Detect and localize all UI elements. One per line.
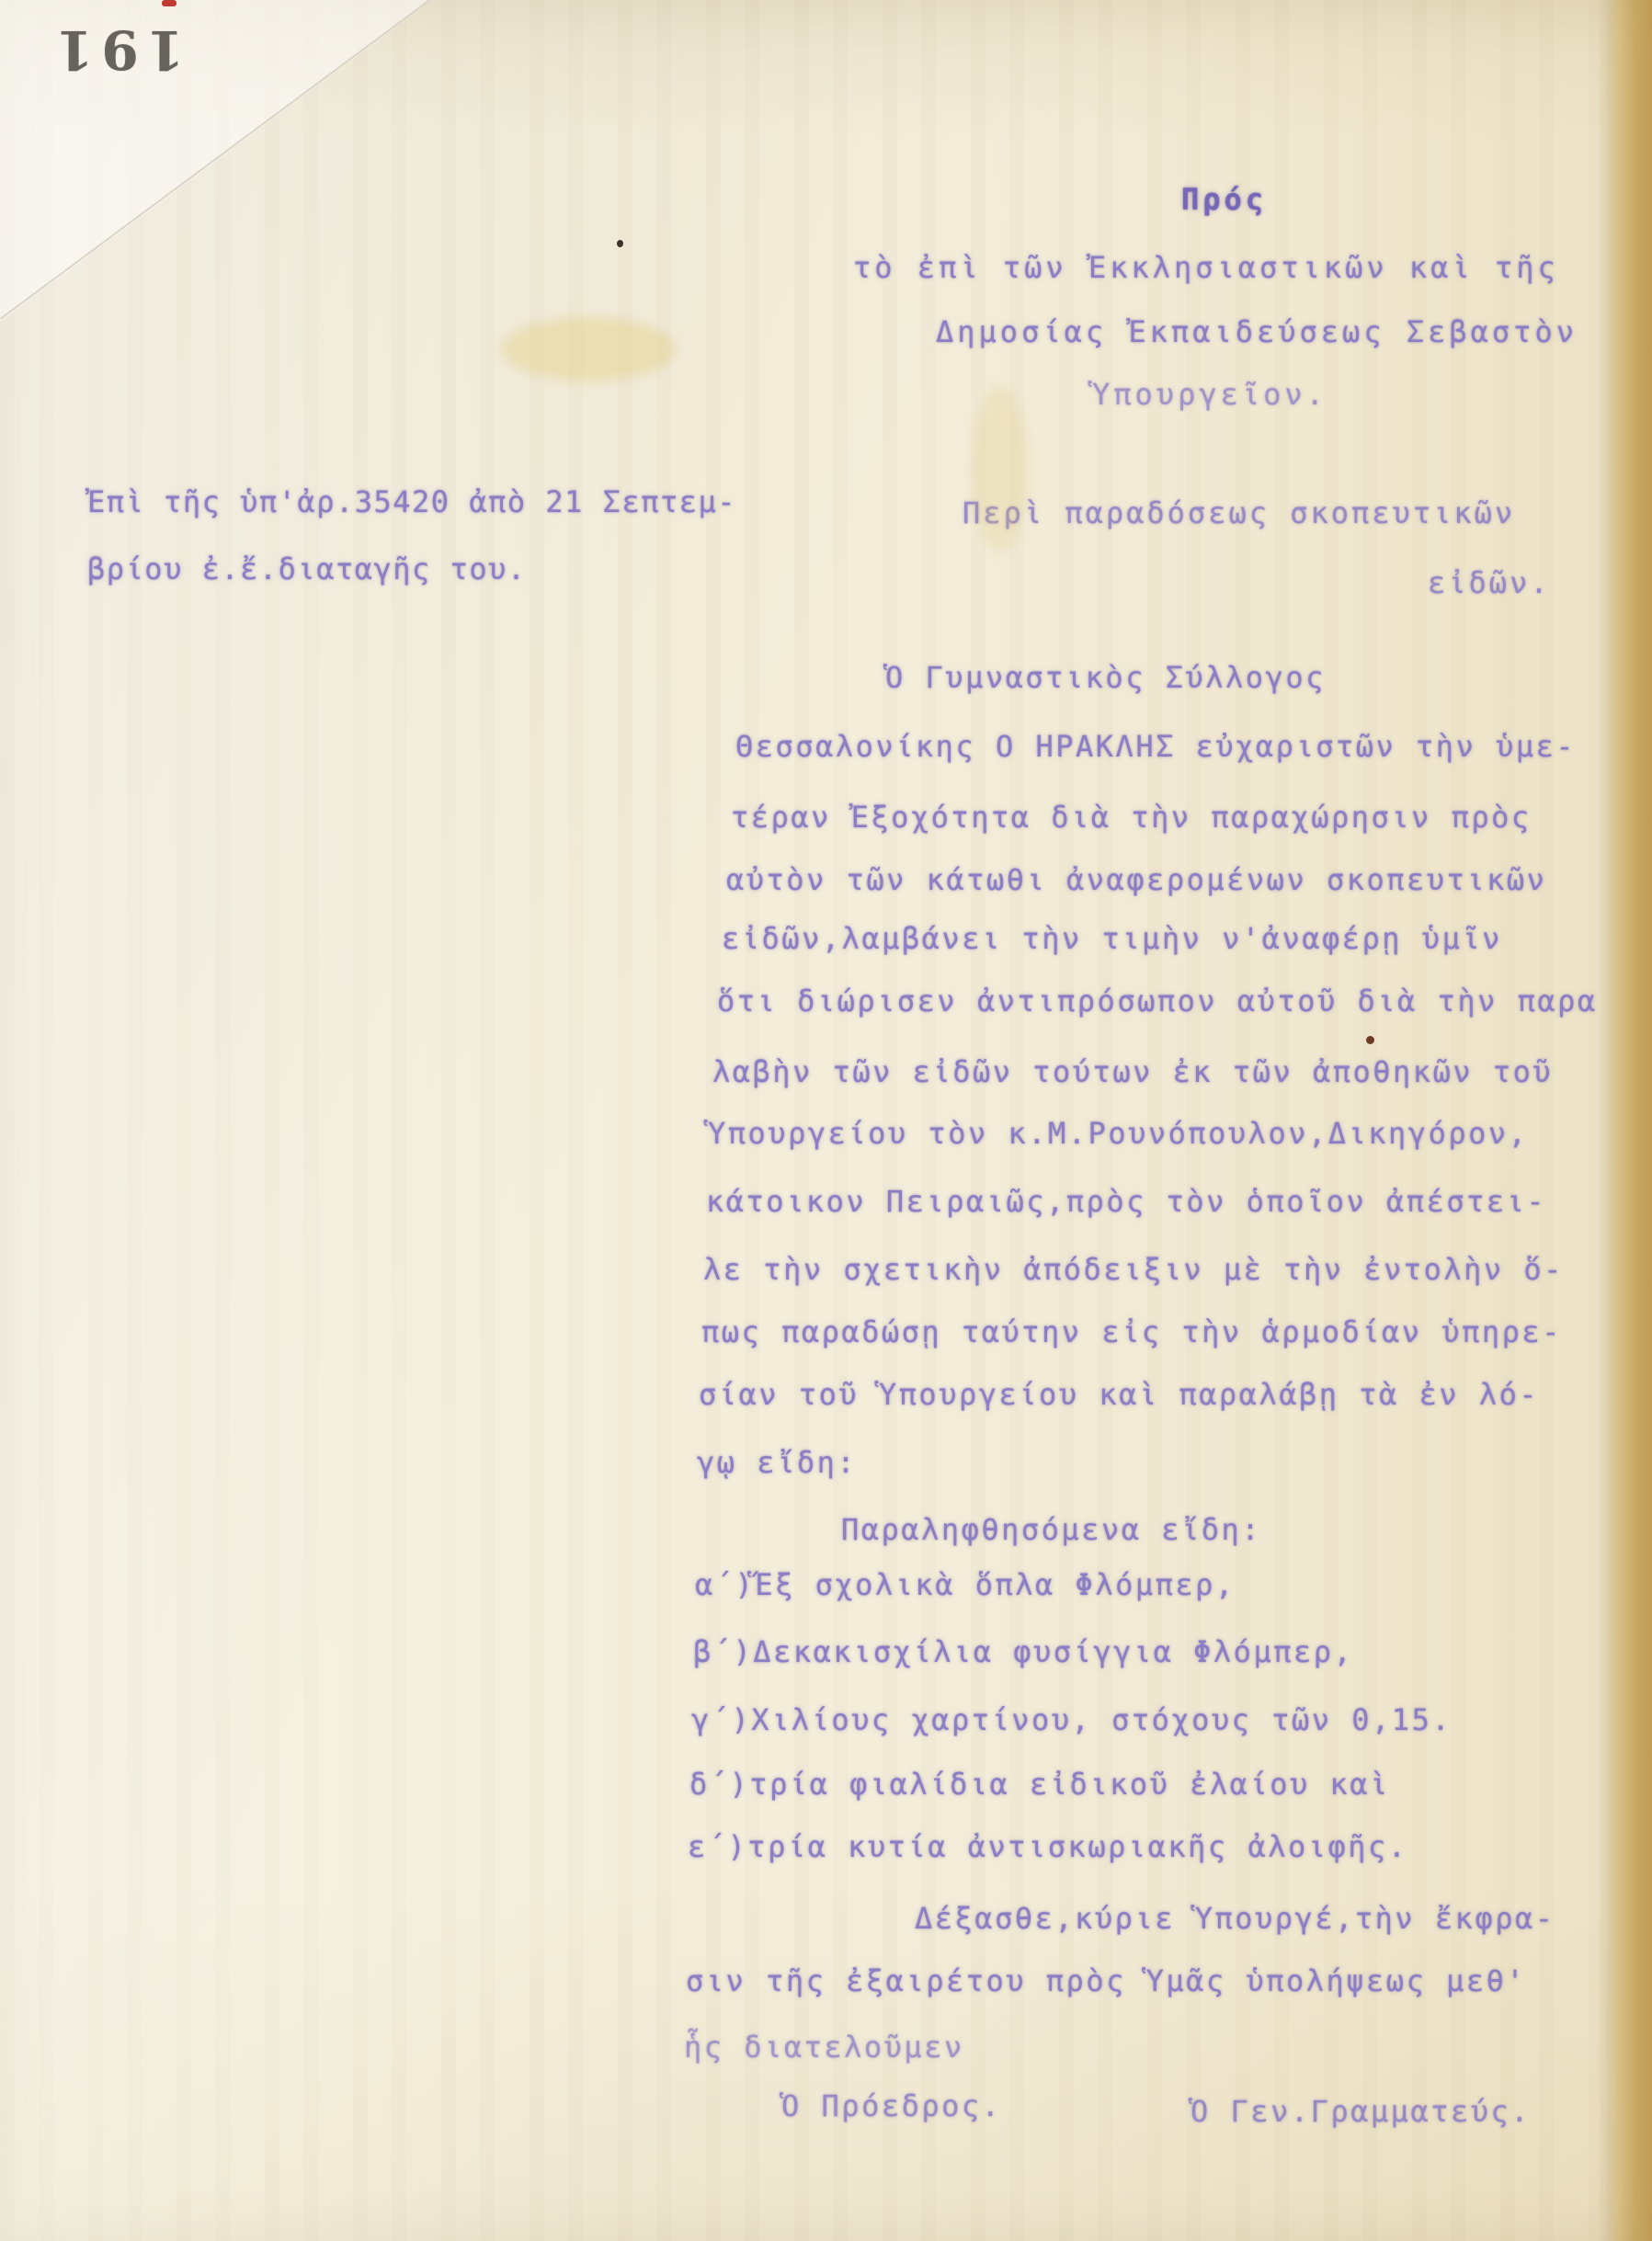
list-item: α΄)Ἕξ σχολικὰ ὅπλα Φλόμπερ, [695,1567,1236,1602]
list-item: β΄)Δεκακισχίλια φυσίγγια Φλόμπερ, [693,1634,1353,1669]
body-line: εἰδῶν,λαμβάνει τὴν τιμὴν ν'ἀναφέρῃ ὑμῖν [722,921,1502,956]
recipient-line-1: τὸ ἐπὶ τῶν Ἐκκλησιαστικῶν καὶ τῆς [853,250,1559,285]
scanned-letter-page: 191 Πρός τὸ ἐπὶ τῶν Ἐκκλησιαστικῶν καὶ τ… [0,0,1652,2241]
reference-line-2: βρίου ἐ.ἔ.διαταγῆς του. [87,552,527,586]
body-line: τέραν Ἐξοχότητα διὰ τὴν παραχώρησιν πρὸς [731,800,1532,835]
subject-line-1: Περὶ παραδόσεως σκοπευτικῶν [963,495,1515,530]
body-line: κάτοικον Πειραιῶς,πρὸς τὸν ὁποῖον ἀπέστε… [706,1184,1546,1219]
body-line: Ὁ Γυμναστικὸς Σύλλογος [885,660,1326,695]
body-line: πως παραδώσῃ ταύτην εἰς τὴν ἁρμοδίαν ὑπη… [701,1314,1562,1349]
paper-light-overlay [0,0,699,2241]
body-line: σίαν τοῦ Ὑπουργείου καὶ παραλάβῃ τὰ ἐν λ… [699,1377,1539,1412]
paper-speck [617,240,623,247]
list-item: ε΄)τρία κυτία ἀντισκωριακῆς ἀλοιφῆς. [688,1829,1408,1864]
list-heading: Παραληφθησόμενα εἴδη: [841,1512,1261,1547]
body-line: αὐτὸν τῶν κάτωθι ἀναφερομένων σκοπευτικῶ… [726,862,1546,897]
signature-secretary: Ὁ Γεν.Γραμματεύς. [1191,2094,1531,2129]
page-number-stamp: 191 [48,18,184,81]
body-line: γῳ εἴδη: [697,1445,857,1480]
body-line: Ὑπουργείου τὸν κ.Μ.Ρουνόπουλον,Δικηγόρον… [708,1116,1528,1151]
signature-president: Ὁ Πρόεδρος. [781,2088,1001,2123]
red-edge-mark [162,0,177,6]
yellow-stain [501,317,676,381]
reference-line-1: Ἐπὶ τῆς ὑπ'ἀρ.35420 ἀπὸ 21 Σεπτεμ- [87,484,736,519]
closing-line: ἧς διατελοῦμεν [684,2030,964,2065]
body-line: ὅτι διώρισεν ἀντιπρόσωπον αὐτοῦ διὰ τὴν … [717,984,1598,1018]
recipient-line-2: Δημοσίας Ἐκπαιδεύσεως Σεβαστὸν [936,314,1578,349]
list-item: γ΄)Χιλίους χαρτίνου, στόχους τῶν 0,15. [691,1702,1452,1737]
closing-line: Δέξασθε,κύριε Ὑπουργέ,τὴν ἔκφρα- [915,1901,1555,1936]
paper-speck [1366,1036,1374,1044]
recipient-line-3: Ὑπουργεῖον. [1092,377,1327,412]
salutation: Πρός [1181,182,1267,217]
list-item: δ΄)τρία φιαλίδια εἰδικοῦ ἐλαίου καὶ [689,1767,1390,1802]
subject-line-2: εἰδῶν. [1428,565,1551,600]
body-line: λε τὴν σχετικὴν ἀπόδειξιν μὲ τὴν ἐντολὴν… [703,1252,1564,1287]
body-line: λαβὴν τῶν εἰδῶν τούτων ἐκ τῶν ἀποθηκῶν τ… [712,1054,1553,1089]
body-line: Θεσσαλονίκης Ο ΗΡΑΚΛΗΣ εὐχαριστῶν τὴν ὑμ… [735,729,1576,764]
closing-line: σιν τῆς ἐξαιρέτου πρὸς Ὑμᾶς ὑπολήψεως με… [686,1963,1526,1998]
